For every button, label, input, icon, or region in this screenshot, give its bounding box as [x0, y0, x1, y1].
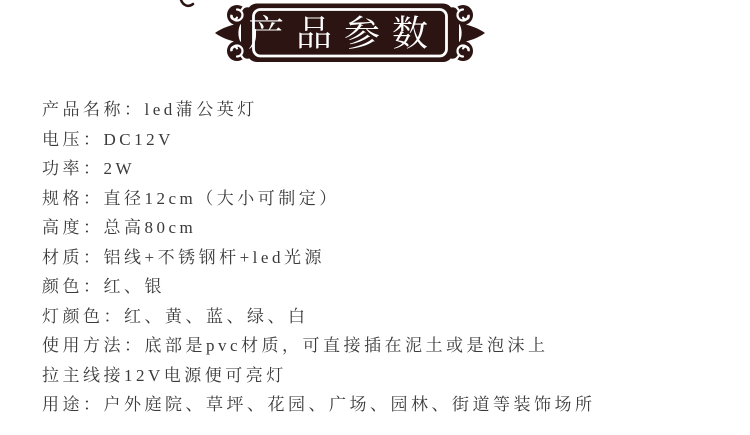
spec-row-material: 材质：铝线+不锈钢杆+led光源 — [42, 243, 722, 273]
banner-title: 产品参数 — [248, 14, 440, 54]
spec-row-color: 颜色：红、银 — [42, 272, 722, 302]
banner: 产品参数 — [0, 0, 750, 66]
spec-row-usage-method: 使用方法：底部是pvc材质，可直接插在泥土或是泡沫上 — [42, 331, 722, 361]
spec-row-voltage: 电压：DC12V — [42, 125, 722, 155]
cropped-ornament-remnant-icon — [181, 0, 193, 6]
spec-row-size: 规格：直径12cm（大小可制定） — [42, 184, 722, 214]
spec-row-applications: 用途：户外庭院、草坪、花园、广场、园林、街道等装饰场所 — [42, 390, 722, 420]
spec-row-light-color: 灯颜色：红、黄、蓝、绿、白 — [42, 302, 722, 332]
spec-row-power: 功率：2W — [42, 154, 722, 184]
spec-row-product-name: 产品名称：led蒲公英灯 — [42, 95, 722, 125]
spec-row-height: 高度：总高80cm — [42, 213, 722, 243]
product-parameters-section: 产品参数 产品名称：led蒲公英灯 电压：DC12V 功率：2W 规格：直径12… — [0, 0, 750, 435]
spec-list: 产品名称：led蒲公英灯 电压：DC12V 功率：2W 规格：直径12cm（大小… — [42, 95, 722, 420]
spec-row-usage-method-cont: 拉主线接12V电源便可亮灯 — [42, 361, 722, 391]
